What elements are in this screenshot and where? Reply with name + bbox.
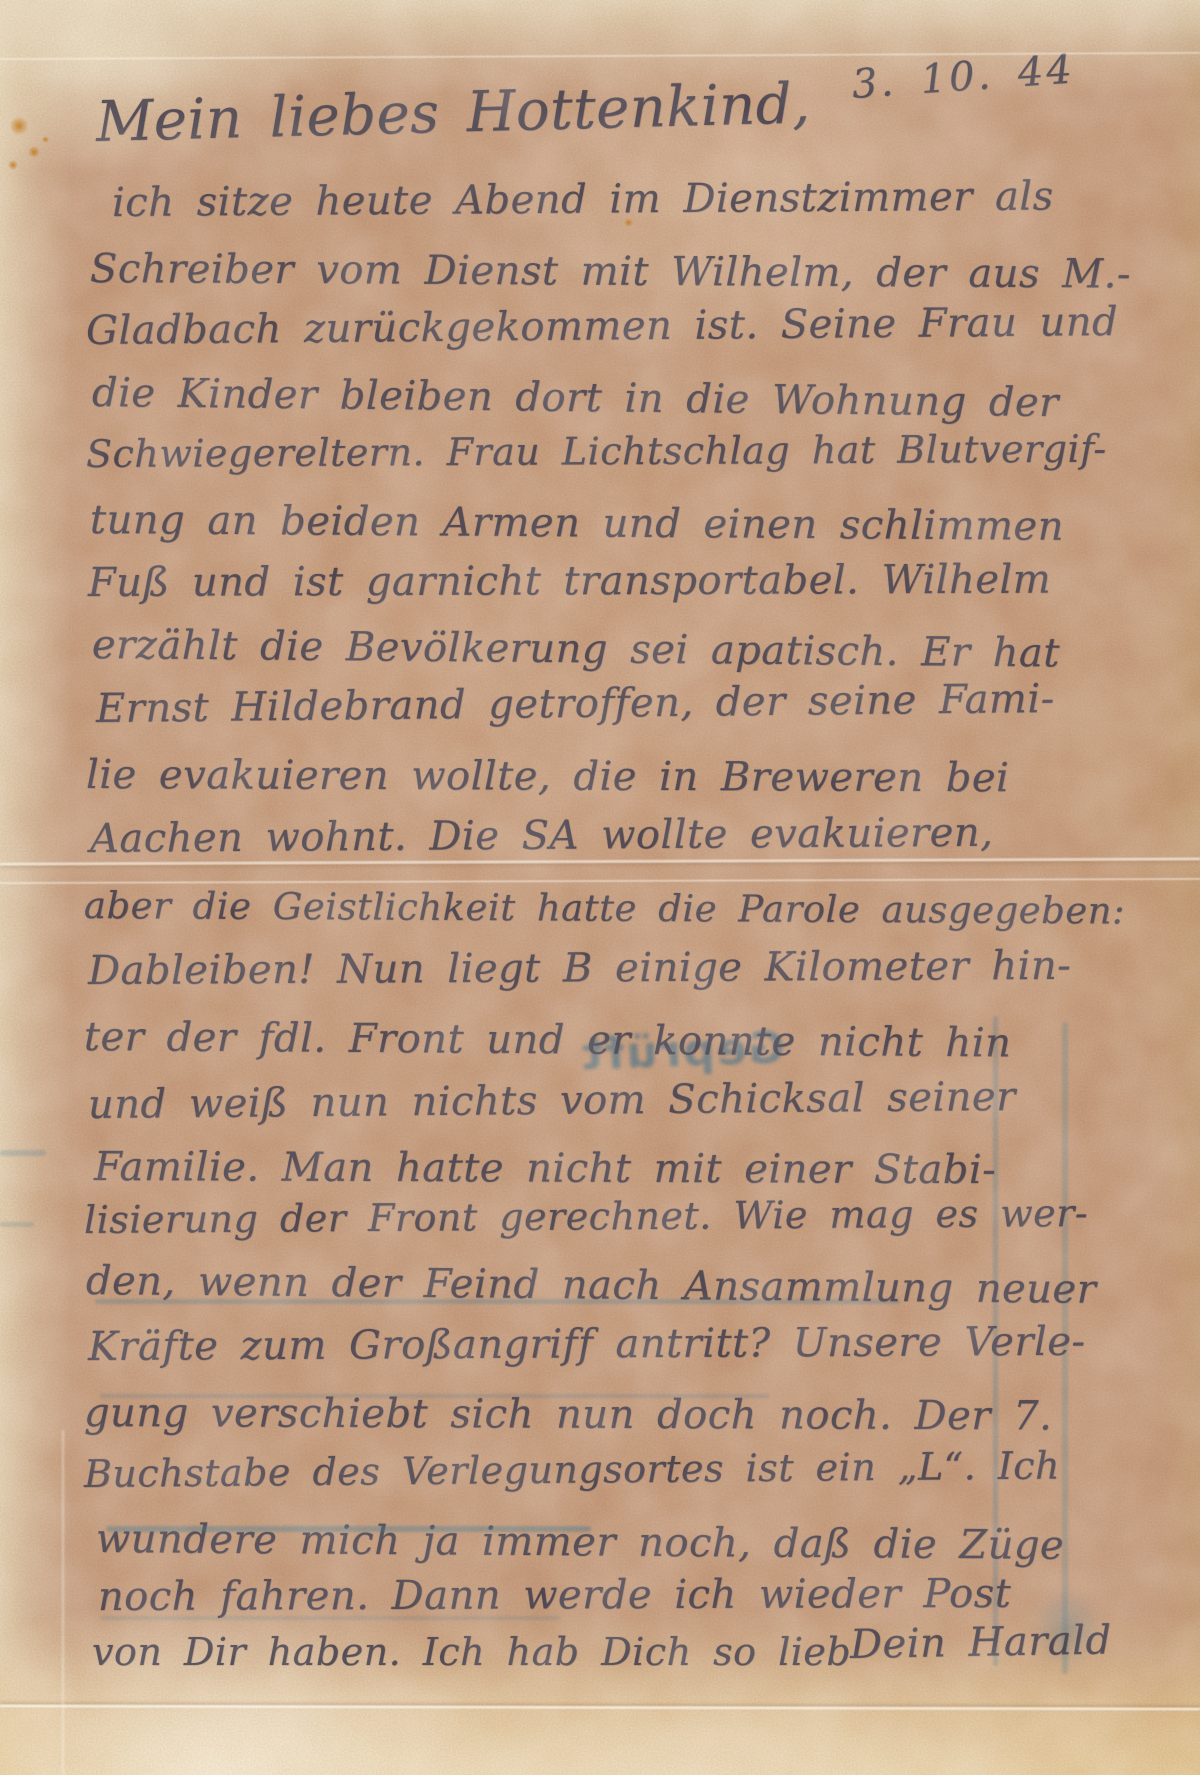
handwritten-line: gung verschiebt sich nun doch noch. Der … [84, 1390, 1052, 1439]
handwritten-line: lisierung der Front gerechnet. Wie mag e… [84, 1191, 1088, 1242]
handwritten-line: lie evakuieren wollte, die in Breweren b… [86, 752, 1010, 801]
handwritten-line: Familie. Man hatte nicht mit einer Stabi… [94, 1144, 996, 1193]
fold-crease [0, 1704, 1200, 1710]
letter-salutation: Mein liebes Hottenkind, [95, 71, 811, 155]
handwritten-line: Ernst Hildebrand getroffen, der seine Fa… [96, 676, 1055, 732]
handwritten-line: ich sitze heute Abend im Dienstzimmer al… [112, 173, 1054, 226]
handwritten-line: Gladbach zurückgekommen ist. Seine Frau … [86, 299, 1119, 354]
handwritten-line: tung an beiden Armen und einen schlimmen [90, 497, 1064, 550]
bleedthrough-strike-line [106, 1526, 591, 1532]
handwritten-line: und weiß nun nichts vom Schicksal seiner [88, 1074, 1016, 1128]
handwritten-line: Schwiegereltern. Frau Lichtschlag hat Bl… [86, 427, 1107, 476]
handwritten-line: Aachen wohnt. Die SA wollte evakuieren, [90, 810, 994, 862]
handwritten-line: wundere mich ja immer noch, daß die Züge [96, 1516, 1065, 1569]
handwritten-line: erzählt die Bevölkerung sei apatisch. Er… [92, 622, 1060, 676]
bleedthrough-edge-mark [0, 1222, 34, 1227]
handwritten-line: Buchstabe des Verlegungsortes ist ein „L… [84, 1443, 1060, 1496]
rust-spot [10, 116, 28, 136]
handwritten-line: Dableiben! Nun liegt B einige Kilometer … [88, 943, 1071, 994]
handwritten-line: aber die Geistlichkeit hatte die Parole … [84, 884, 1125, 932]
handwritten-line: Kräfte zum Großangriff antritt? Unsere V… [88, 1319, 1086, 1370]
signature: Dein Harald [850, 1617, 1112, 1668]
handwritten-line: die Kinder bleiben dort in die Wohnung d… [92, 370, 1059, 426]
letter-closing: von Dir haben. Ich hab Dich so lieb [92, 1630, 851, 1674]
handwritten-line: Fuß und ist garnicht transportabel. Wilh… [88, 557, 1051, 606]
rust-spot [42, 136, 49, 143]
handwritten-line: Schreiber vom Dienst mit Wilhelm, der au… [90, 246, 1131, 297]
bleedthrough-edge-mark [0, 1150, 46, 1156]
rust-spot [8, 160, 18, 170]
fold-crease [0, 878, 1200, 884]
fold-crease-vertical [62, 1430, 64, 1775]
handwritten-line: den, wenn der Feind nach Ansammlung neue… [86, 1258, 1097, 1313]
handwritten-line: noch fahren. Dann werde ich wieder Post [98, 1571, 1011, 1620]
letter-date: 3. 10. 44 [850, 46, 1076, 107]
rust-spot [28, 146, 40, 158]
letter-page: Geprüft 3. 10. 44 Mein liebes Hottenkind… [0, 0, 1200, 1775]
handwritten-line: ter der fdl. Front und er konnte nicht h… [84, 1014, 1012, 1066]
